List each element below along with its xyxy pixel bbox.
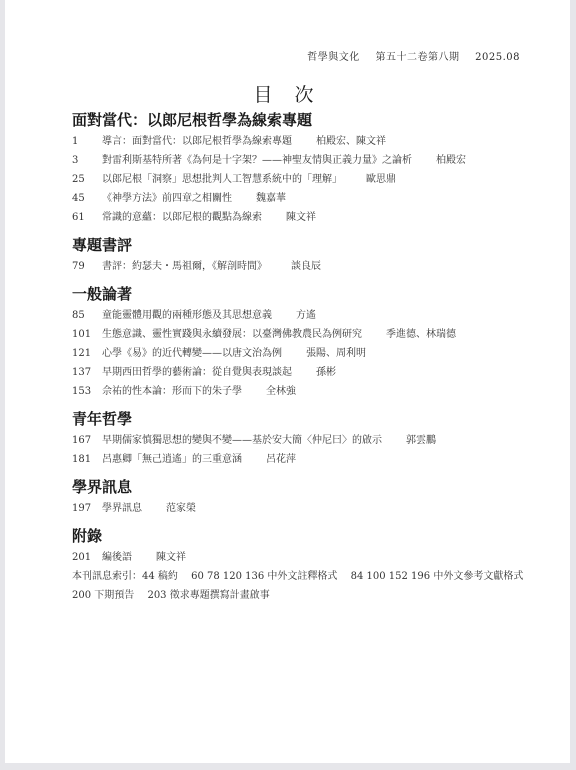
entry-title: 書評：約瑟夫・馬祖爾，《解剖時間》 [102, 257, 267, 276]
toc-entry[interactable]: 153 佘祐的性本論：形而下的朱子學 全林強 [72, 382, 552, 401]
entry-page: 61 [72, 208, 102, 227]
entry-title: 編後語 [102, 548, 132, 567]
index-item: 60 78 120 136 中外文註釋格式 [191, 571, 337, 582]
toc-section: 一般論著 85 童能靈體用觀的兩種形態及其思想意義 方遙 101 生態意識、靈性… [72, 282, 552, 401]
index-item: 本刊訊息索引：44 稿約 [72, 571, 178, 582]
entry-page: 201 [72, 548, 102, 567]
entry-title: 童能靈體用觀的兩種形態及其思想意義 [102, 306, 272, 325]
toc-section: 面對當代：以郎尼根哲學為線索專題 1 導言：面對當代：以郎尼根哲學為線索專題 柏… [72, 108, 552, 227]
toc-entry[interactable]: 3 對雷利斯基特所著《為何是十字架？——神聖友情與正義力量》之論析 柏殿宏 [72, 151, 552, 170]
entry-author: 張陽、周利明 [306, 344, 366, 363]
section-title: 面對當代：以郎尼根哲學為線索專題 [72, 108, 552, 132]
toc-entry[interactable]: 79 書評：約瑟夫・馬祖爾，《解剖時間》 談良辰 [72, 257, 552, 276]
toc-entry[interactable]: 181 呂惠卿「無己逍遙」的三重意涵 呂花萍 [72, 450, 552, 469]
table-of-contents: 面對當代：以郎尼根哲學為線索專題 1 導言：面對當代：以郎尼根哲學為線索專題 柏… [72, 108, 552, 611]
entry-author: 陳文祥 [286, 208, 316, 227]
toc-section: 專題書評 79 書評：約瑟夫・馬祖爾，《解剖時間》 談良辰 [72, 233, 552, 276]
entry-title: 心學《易》的近代轉變——以唐文治為例 [102, 344, 282, 363]
index-item: 200 下期預告 [72, 590, 134, 601]
page-title: 目 次 [5, 80, 570, 107]
journal-volume: 第五十二卷第八期 [375, 52, 459, 63]
index-line: 本刊訊息索引：44 稿約 60 78 120 136 中外文註釋格式 84 10… [72, 567, 552, 586]
entry-author: 陳文祥 [156, 548, 186, 567]
entry-title: 早期西田哲學的藝術論：從自覺與表現談起 [102, 363, 292, 382]
toc-entry[interactable]: 121 心學《易》的近代轉變——以唐文治為例 張陽、周利明 [72, 344, 552, 363]
entry-page: 101 [72, 325, 102, 344]
entry-author: 柏殿宏 [436, 151, 466, 170]
entry-author: 郭雲鵬 [406, 431, 436, 450]
entry-title: 常識的意蘊：以郎尼根的觀點為線索 [102, 208, 262, 227]
entry-page: 197 [72, 499, 102, 518]
entry-page: 167 [72, 431, 102, 450]
entry-page: 85 [72, 306, 102, 325]
entry-page: 3 [72, 151, 102, 170]
entry-author: 歐思鼎 [366, 170, 396, 189]
entry-page: 153 [72, 382, 102, 401]
entry-page: 25 [72, 170, 102, 189]
toc-entry[interactable]: 61 常識的意蘊：以郎尼根的觀點為線索 陳文祥 [72, 208, 552, 227]
entry-author: 孫彬 [316, 363, 336, 382]
entry-title: 導言：面對當代：以郎尼根哲學為線索專題 [102, 132, 292, 151]
entry-author: 季進德、林瑞德 [386, 325, 456, 344]
toc-entry[interactable]: 197 學界訊息 范家榮 [72, 499, 552, 518]
entry-page: 1 [72, 132, 102, 151]
toc-entry[interactable]: 25 以郎尼根「洞察」思想批判人工智慧系統中的「理解」 歐思鼎 [72, 170, 552, 189]
entry-title: 佘祐的性本論：形而下的朱子學 [102, 382, 242, 401]
entry-title: 《神學方法》前四章之相關性 [102, 189, 232, 208]
journal-header: 哲學與文化 第五十二卷第八期 2025.08 [295, 48, 520, 63]
entry-title: 呂惠卿「無己逍遙」的三重意涵 [102, 450, 242, 469]
journal-date: 2025.08 [475, 52, 520, 63]
entry-title: 生態意識、靈性實踐與永續發展：以臺灣佛教農民為例研究 [102, 325, 362, 344]
index-item: 203 徵求專題撰寫計畫啟事 [147, 590, 269, 601]
toc-entry[interactable]: 137 早期西田哲學的藝術論：從自覺與表現談起 孫彬 [72, 363, 552, 382]
entry-author: 柏殿宏、陳文祥 [316, 132, 386, 151]
toc-entry[interactable]: 1 導言：面對當代：以郎尼根哲學為線索專題 柏殿宏、陳文祥 [72, 132, 552, 151]
entry-author: 魏嘉華 [256, 189, 286, 208]
entry-author: 談良辰 [291, 257, 321, 276]
toc-entry[interactable]: 101 生態意識、靈性實踐與永續發展：以臺灣佛教農民為例研究 季進德、林瑞德 [72, 325, 552, 344]
entry-title: 學界訊息 [102, 499, 142, 518]
toc-entry[interactable]: 201 編後語 陳文祥 [72, 548, 552, 567]
entry-page: 79 [72, 257, 102, 276]
section-title: 青年哲學 [72, 407, 552, 431]
index-item: 84 100 152 196 中外文參考文獻格式 [351, 571, 524, 582]
index-line: 200 下期預告 203 徵求專題撰寫計畫啟事 [72, 586, 552, 605]
toc-entry[interactable]: 45 《神學方法》前四章之相關性 魏嘉華 [72, 189, 552, 208]
entry-author: 全林強 [266, 382, 296, 401]
entry-page: 121 [72, 344, 102, 363]
toc-entry[interactable]: 167 早期儒家慎獨思想的變與不變——基於安大簡〈仲尼曰〉的啟示 郭雲鵬 [72, 431, 552, 450]
section-title: 附錄 [72, 524, 552, 548]
toc-entry[interactable]: 85 童能靈體用觀的兩種形態及其思想意義 方遙 [72, 306, 552, 325]
entry-author: 呂花萍 [266, 450, 296, 469]
entry-page: 45 [72, 189, 102, 208]
entry-author: 范家榮 [166, 499, 196, 518]
toc-section: 青年哲學 167 早期儒家慎獨思想的變與不變——基於安大簡〈仲尼曰〉的啟示 郭雲… [72, 407, 552, 469]
section-title: 學界訊息 [72, 475, 552, 499]
document-page: 哲學與文化 第五十二卷第八期 2025.08 目 次 面對當代：以郎尼根哲學為線… [5, 0, 570, 763]
toc-section: 附錄 201 編後語 陳文祥 本刊訊息索引：44 稿約 60 78 120 13… [72, 524, 552, 605]
entry-page: 137 [72, 363, 102, 382]
entry-author: 方遙 [296, 306, 316, 325]
section-title: 一般論著 [72, 282, 552, 306]
section-title: 專題書評 [72, 233, 552, 257]
journal-name: 哲學與文化 [307, 52, 360, 63]
toc-section: 學界訊息 197 學界訊息 范家榮 [72, 475, 552, 518]
entry-page: 181 [72, 450, 102, 469]
entry-title: 早期儒家慎獨思想的變與不變——基於安大簡〈仲尼曰〉的啟示 [102, 431, 382, 450]
entry-title: 以郎尼根「洞察」思想批判人工智慧系統中的「理解」 [102, 170, 342, 189]
entry-title: 對雷利斯基特所著《為何是十字架？——神聖友情與正義力量》之論析 [102, 151, 412, 170]
